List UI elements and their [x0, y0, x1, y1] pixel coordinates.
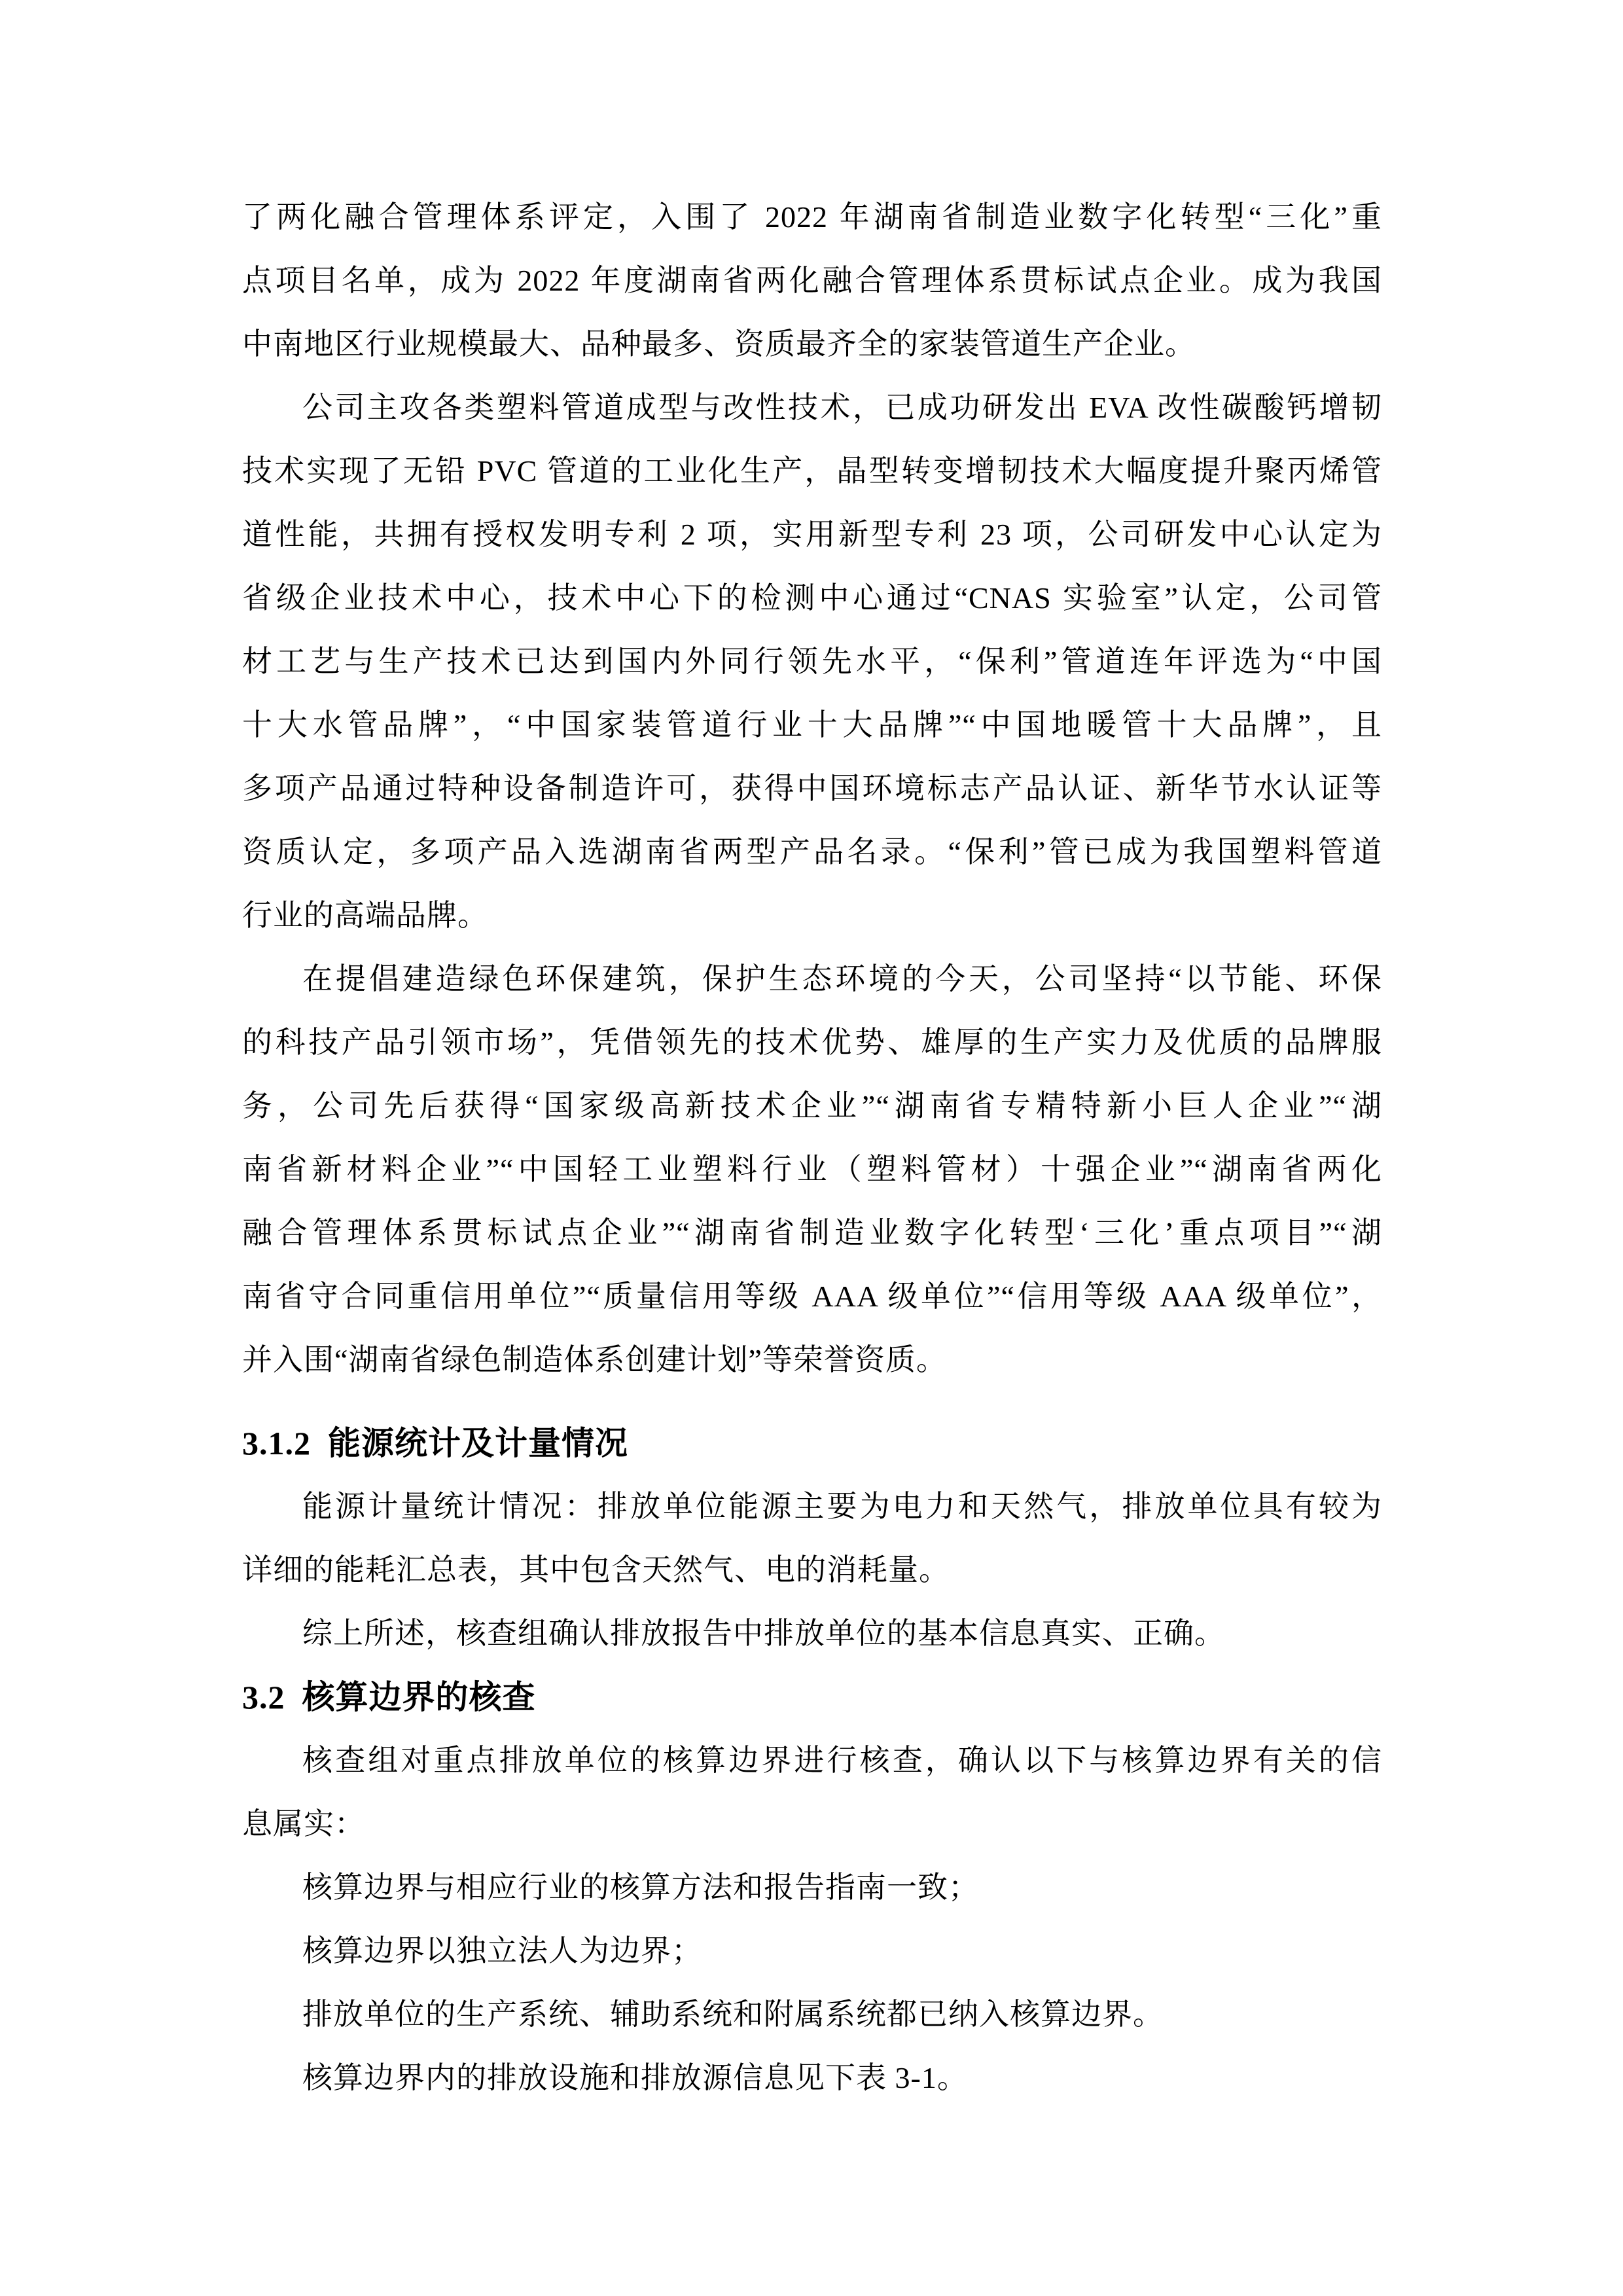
- text-line: 行业的高端品牌。: [242, 891, 1382, 954]
- heading-title: 核算边界的核查: [302, 1679, 536, 1715]
- text-line: 核算边界以独立法人为边界；: [242, 1926, 1382, 1990]
- text-column: 了两化融合管理体系评定，入围了 2022 年湖南省制造业数字化转型“三化”重点项…: [242, 192, 1382, 2117]
- text-line: 息属实：: [242, 1799, 1382, 1863]
- heading-title: 能源统计及计量情况: [328, 1425, 628, 1462]
- text-line: 南省守合同重信用单位”“质量信用等级 AAA 级单位”“信用等级 AAA 级单位…: [242, 1272, 1382, 1335]
- text-line: 融合管理体系贯标试点企业”“湖南省制造业数字化转型‘三化’重点项目”“湖: [242, 1208, 1382, 1272]
- section-heading: 3.2核算边界的核查: [242, 1672, 1382, 1736]
- text-line: 核算边界内的排放设施和排放源信息见下表 3-1。: [242, 2053, 1382, 2117]
- text-line: 点项目名单，成为 2022 年度湖南省两化融合管理体系贯标试点企业。成为我国: [242, 256, 1382, 319]
- text-line: 并入围“湖南省绿色制造体系创建计划”等荣誉资质。: [242, 1335, 1382, 1399]
- text-line: 能源计量统计情况：排放单位能源主要为电力和天然气，排放单位具有较为: [242, 1482, 1382, 1545]
- text-line: 排放单位的生产系统、辅助系统和附属系统都已纳入核算边界。: [242, 1990, 1382, 2053]
- text-line: 综上所述，核查组确认排放报告中排放单位的基本信息真实、正确。: [242, 1609, 1382, 1672]
- text-line: 的科技产品引领市场”，凭借领先的技术优势、雄厚的生产实力及优质的品牌服: [242, 1018, 1382, 1081]
- text-line: 南省新材料企业”“中国轻工业塑料行业（塑料管材）十强企业”“湖南省两化: [242, 1145, 1382, 1208]
- text-line: 核查组对重点排放单位的核算边界进行核查，确认以下与核算边界有关的信: [242, 1736, 1382, 1799]
- document-page: 了两化融合管理体系评定，入围了 2022 年湖南省制造业数字化转型“三化”重点项…: [0, 0, 1623, 2296]
- text-line: 省级企业技术中心，技术中心下的检测中心通过“CNAS 实验室”认定，公司管: [242, 573, 1382, 637]
- text-line: 详细的能耗汇总表，其中包含天然气、电的消耗量。: [242, 1545, 1382, 1609]
- heading-number: 3.2: [242, 1679, 285, 1715]
- text-line: 十大水管品牌”，“中国家装管道行业十大品牌”“中国地暖管十大品牌”，且: [242, 700, 1382, 764]
- section-heading: 3.1.2能源统计及计量情况: [242, 1418, 1382, 1482]
- text-line: 在提倡建造绿色环保建筑，保护生态环境的今天，公司坚持“以节能、环保: [242, 954, 1382, 1018]
- heading-number: 3.1.2: [242, 1425, 311, 1462]
- text-line: 公司主攻各类塑料管道成型与改性技术，已成功研发出 EVA 改性碳酸钙增韧: [242, 383, 1382, 446]
- text-line: 务，公司先后获得“国家级高新技术企业”“湖南省专精特新小巨人企业”“湖: [242, 1081, 1382, 1145]
- text-line: 道性能，共拥有授权发明专利 2 项，实用新型专利 23 项，公司研发中心认定为: [242, 510, 1382, 573]
- text-line: 资质认定，多项产品入选湖南省两型产品名录。“保利”管已成为我国塑料管道: [242, 827, 1382, 891]
- text-line: 了两化融合管理体系评定，入围了 2022 年湖南省制造业数字化转型“三化”重: [242, 192, 1382, 256]
- text-line: 核算边界与相应行业的核算方法和报告指南一致；: [242, 1863, 1382, 1926]
- text-line: 中南地区行业规模最大、品种最多、资质最齐全的家装管道生产企业。: [242, 319, 1382, 383]
- text-line: 多项产品通过特种设备制造许可，获得中国环境标志产品认证、新华节水认证等: [242, 764, 1382, 827]
- text-line: 材工艺与生产技术已达到国内外同行领先水平，“保利”管道连年评选为“中国: [242, 637, 1382, 700]
- text-line: 技术实现了无铅 PVC 管道的工业化生产，晶型转变增韧技术大幅度提升聚丙烯管: [242, 446, 1382, 510]
